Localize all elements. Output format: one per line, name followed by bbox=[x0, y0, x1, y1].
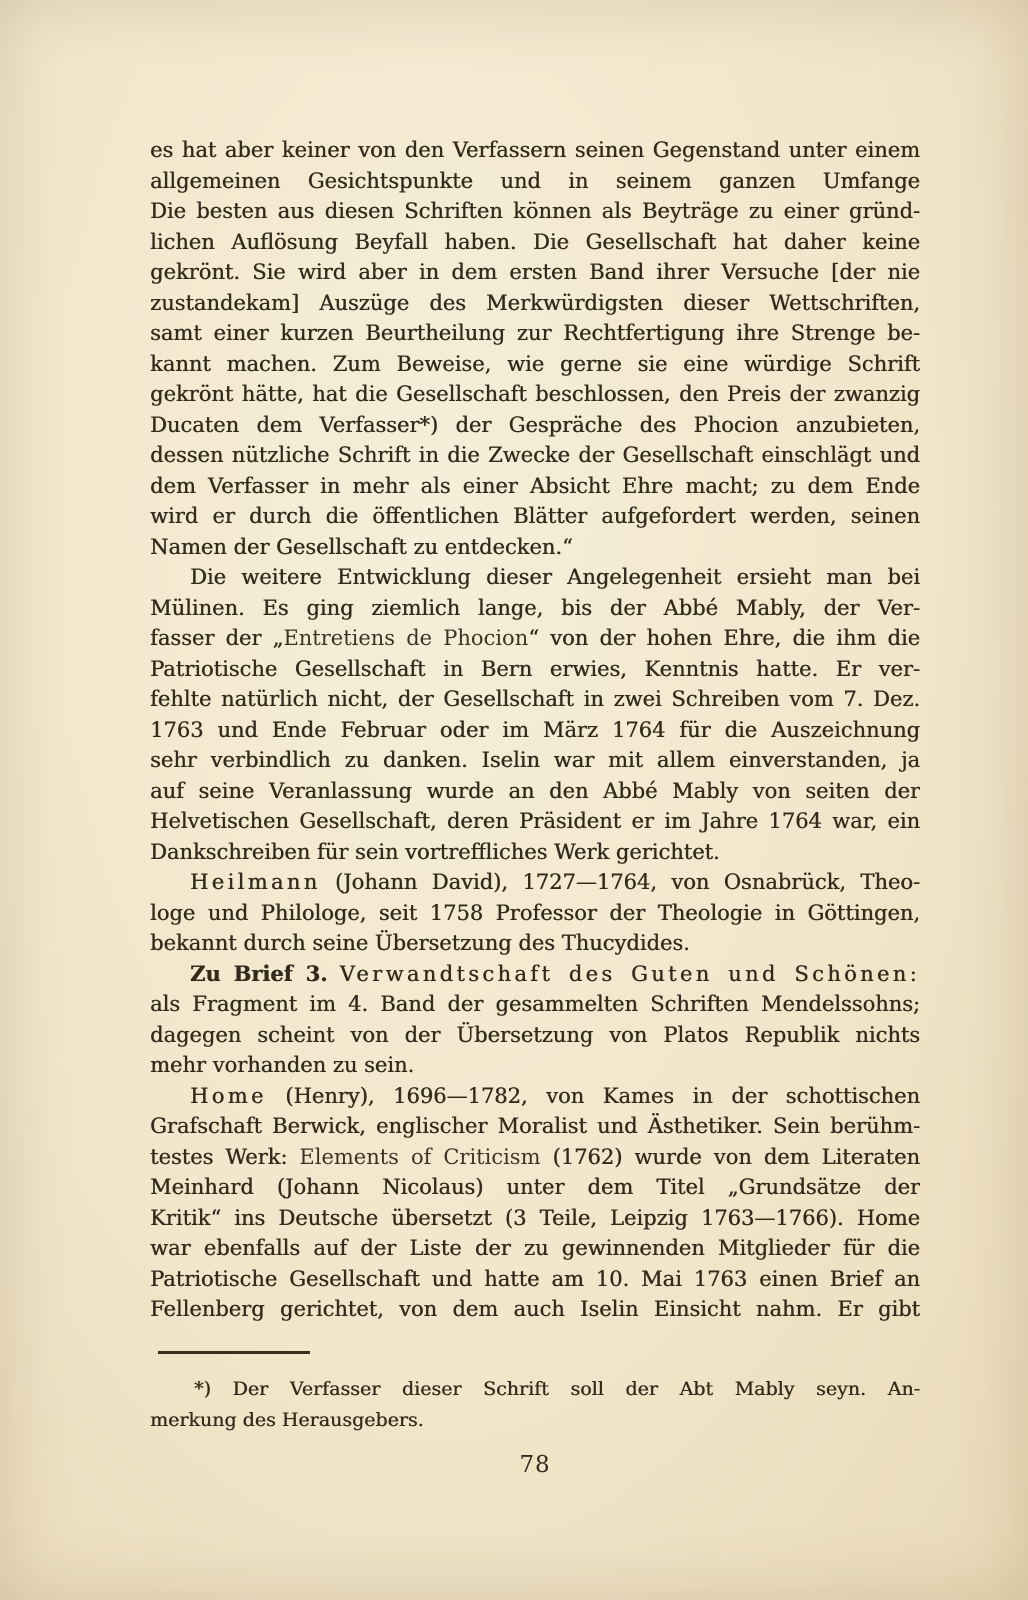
text-segment: testes Werk: bbox=[150, 1145, 299, 1169]
text-segment: es hat aber keiner von den Verfassern se… bbox=[150, 138, 920, 162]
text-line: Grafschaft Berwick, englischer Moralist … bbox=[150, 1111, 920, 1142]
text-segment: Verwandtschaft des Guten und Schönen: bbox=[340, 962, 920, 986]
text-segment: Ducaten dem Verfasser*) der Gespräche de… bbox=[150, 413, 920, 437]
text-line: war ebenfalls auf der Liste der zu gewin… bbox=[150, 1233, 920, 1264]
page-number: 78 bbox=[150, 1452, 920, 1478]
text-line: Namen der Gesellschaft zu entdecken.“ bbox=[150, 532, 920, 563]
text-line: lichen Auflösung Beyfall haben. Die Gese… bbox=[150, 227, 920, 258]
footnote: *) Der Verfasser dieser Schrift soll der… bbox=[150, 1374, 920, 1436]
text-line: Die besten aus diesen Schriften können a… bbox=[150, 196, 920, 227]
text-segment: Namen der Gesellschaft zu entdecken.“ bbox=[150, 535, 573, 559]
text-segment: Mülinen. Es ging ziemlich lange, bis der… bbox=[150, 596, 920, 620]
text-line: dessen nützliche Schrift in die Zwecke d… bbox=[150, 440, 920, 471]
text-segment: Patriotische Gesellschaft in Bern erwies… bbox=[150, 657, 920, 681]
text-segment: Dankschreiben für sein vortreffliches We… bbox=[150, 840, 720, 864]
text-segment: loge und Philologe, seit 1758 Professor … bbox=[150, 901, 920, 925]
text-line: Home (Henry), 1696—1782, von Kames in de… bbox=[150, 1081, 920, 1112]
text-segment: war ebenfalls auf der Liste der zu gewin… bbox=[150, 1236, 920, 1260]
text-line: Dankschreiben für sein vortreffliches We… bbox=[150, 837, 920, 868]
text-line: loge und Philologe, seit 1758 Professor … bbox=[150, 898, 920, 929]
text-line: fasser der „Entretiens de Phocion“ von d… bbox=[150, 623, 920, 654]
text-line: Meinhard (Johann Nicolaus) unter dem Tit… bbox=[150, 1172, 920, 1203]
text-segment: lichen Auflösung Beyfall haben. Die Gese… bbox=[150, 230, 920, 254]
text-segment: Patriotische Gesellschaft und hatte am 1… bbox=[150, 1267, 920, 1291]
text-line: bekannt durch seine Übersetzung des Thuc… bbox=[150, 928, 920, 959]
text-line: Mülinen. Es ging ziemlich lange, bis der… bbox=[150, 593, 920, 624]
text-segment: 1763 und Ende Februar oder im März 1764 … bbox=[150, 718, 920, 742]
text-segment: Elements of Criticism bbox=[299, 1145, 540, 1169]
text-segment: sehr verbindlich zu danken. Iselin war m… bbox=[150, 748, 920, 772]
text-segment: allgemeinen Gesichtspunkte und in seinem… bbox=[150, 169, 920, 197]
text-line: gekrönt hätte, hat die Gesellschaft besc… bbox=[150, 379, 920, 410]
text-segment: merkung des Herausgebers. bbox=[150, 1409, 424, 1431]
text-line: auf seine Veranlassung wurde an den Abbé… bbox=[150, 776, 920, 807]
text-line: gekrönt. Sie wird aber in dem ersten Ban… bbox=[150, 257, 920, 288]
text-segment: Kritik“ ins Deutsche übersetzt (3 Teile,… bbox=[150, 1206, 920, 1230]
text-line: es hat aber keiner von den Verfassern se… bbox=[150, 135, 920, 166]
text-line: sehr verbindlich zu danken. Iselin war m… bbox=[150, 745, 920, 776]
text-line: Helvetischen Gesellschaft, deren Präside… bbox=[150, 806, 920, 837]
text-line: allgemeinen Gesichtspunkte und in seinem… bbox=[150, 166, 920, 197]
text-line: Kritik“ ins Deutsche übersetzt (3 Teile,… bbox=[150, 1203, 920, 1234]
text-line: testes Werk: Elements of Criticism (1762… bbox=[150, 1142, 920, 1173]
text-segment: Entretiens de Phocion bbox=[283, 626, 528, 650]
text-line: merkung des Herausgebers. bbox=[150, 1405, 920, 1436]
text-segment: dem Verfasser in mehr als einer Absicht … bbox=[150, 474, 920, 498]
body-text: es hat aber keiner von den Verfassern se… bbox=[150, 135, 920, 1325]
text-line: 1763 und Ende Februar oder im März 1764 … bbox=[150, 715, 920, 746]
text-segment: gekrönt hätte, hat die Gesellschaft besc… bbox=[150, 382, 920, 406]
text-line: Die weitere Entwicklung dieser Angelegen… bbox=[150, 562, 920, 593]
text-segment: (1762) wurde von dem Literaten bbox=[541, 1145, 920, 1169]
text-line: kannt machen. Zum Beweise, wie gerne sie… bbox=[150, 349, 920, 380]
text-segment: mehr vorhanden zu sein. bbox=[150, 1053, 414, 1077]
text-segment: (Johann David), 1727—1764, von Osnabrück… bbox=[321, 870, 920, 894]
text-segment: Helvetischen Gesellschaft, deren Präside… bbox=[150, 809, 920, 833]
text-line: dagegen scheint von der Übersetzung von … bbox=[150, 1020, 920, 1051]
text-segment: Die besten aus diesen Schriften können a… bbox=[150, 199, 920, 223]
text-line: samt einer kurzen Beurtheilung zur Recht… bbox=[150, 318, 920, 349]
text-line: als Fragment im 4. Band der gesammelten … bbox=[150, 989, 920, 1020]
book-page: es hat aber keiner von den Verfassern se… bbox=[0, 0, 1028, 1600]
text-segment: Home bbox=[190, 1084, 267, 1108]
text-line: Heilmann (Johann David), 1727—1764, von … bbox=[150, 867, 920, 898]
text-segment: “ von der hohen Ehre, die ihm die bbox=[528, 626, 920, 650]
text-line: mehr vorhanden zu sein. bbox=[150, 1050, 920, 1081]
text-segment: Heilmann bbox=[190, 870, 321, 894]
text-segment: gekrönt. Sie wird aber in dem ersten Ban… bbox=[150, 260, 920, 284]
text-line: Ducaten dem Verfasser*) der Gespräche de… bbox=[150, 410, 920, 441]
text-segment: als Fragment im 4. Band der gesammelten … bbox=[150, 992, 920, 1016]
text-segment: Zu Brief 3. bbox=[190, 961, 327, 986]
text-line: Patriotische Gesellschaft und hatte am 1… bbox=[150, 1264, 920, 1295]
text-line: wird er durch die öffentlichen Blätter a… bbox=[150, 501, 920, 532]
text-segment: (Henry), 1696—1782, von Kames in der sch… bbox=[267, 1084, 920, 1108]
text-line: fehlte natürlich nicht, der Gesellschaft… bbox=[150, 684, 920, 715]
text-line: Patriotische Gesellschaft in Bern erwies… bbox=[150, 654, 920, 685]
text-segment: zustandekam] Auszüge des Merkwürdigsten … bbox=[150, 291, 920, 315]
text-segment: auf seine Veranlassung wurde an den Abbé… bbox=[150, 779, 920, 803]
text-segment bbox=[327, 962, 339, 986]
text-segment: dagegen scheint von der Übersetzung von … bbox=[150, 1023, 920, 1047]
text-line: zustandekam] Auszüge des Merkwürdigsten … bbox=[150, 288, 920, 319]
text-line: Fellenberg gerichtet, von dem auch Iseli… bbox=[150, 1294, 920, 1325]
text-segment: *) Der Verfasser dieser Schrift soll der… bbox=[194, 1378, 920, 1400]
text-segment: Die weitere Entwicklung dieser Angelegen… bbox=[190, 565, 920, 589]
text-segment: Fellenberg gerichtet, von dem auch Iseli… bbox=[150, 1297, 920, 1321]
text-line: *) Der Verfasser dieser Schrift soll der… bbox=[150, 1374, 920, 1405]
text-line: Zu Brief 3. Verwandtschaft des Guten und… bbox=[150, 959, 920, 990]
text-line: dem Verfasser in mehr als einer Absicht … bbox=[150, 471, 920, 502]
text-segment: wird er durch die öffentlichen Blätter a… bbox=[150, 504, 920, 528]
text-segment: fasser der „ bbox=[150, 626, 283, 650]
text-segment: kannt machen. Zum Beweise, wie gerne sie… bbox=[150, 352, 920, 376]
text-segment: samt einer kurzen Beurtheilung zur Recht… bbox=[150, 321, 920, 345]
text-segment: dessen nützliche Schrift in die Zwecke d… bbox=[150, 443, 920, 467]
text-segment: fehlte natürlich nicht, der Gesellschaft… bbox=[150, 687, 920, 711]
text-segment: Meinhard (Johann Nicolaus) unter dem Tit… bbox=[150, 1175, 920, 1199]
text-segment: Grafschaft Berwick, englischer Moralist … bbox=[150, 1114, 920, 1138]
footnote-rule bbox=[158, 1351, 310, 1354]
text-segment: bekannt durch seine Übersetzung des Thuc… bbox=[150, 931, 690, 955]
